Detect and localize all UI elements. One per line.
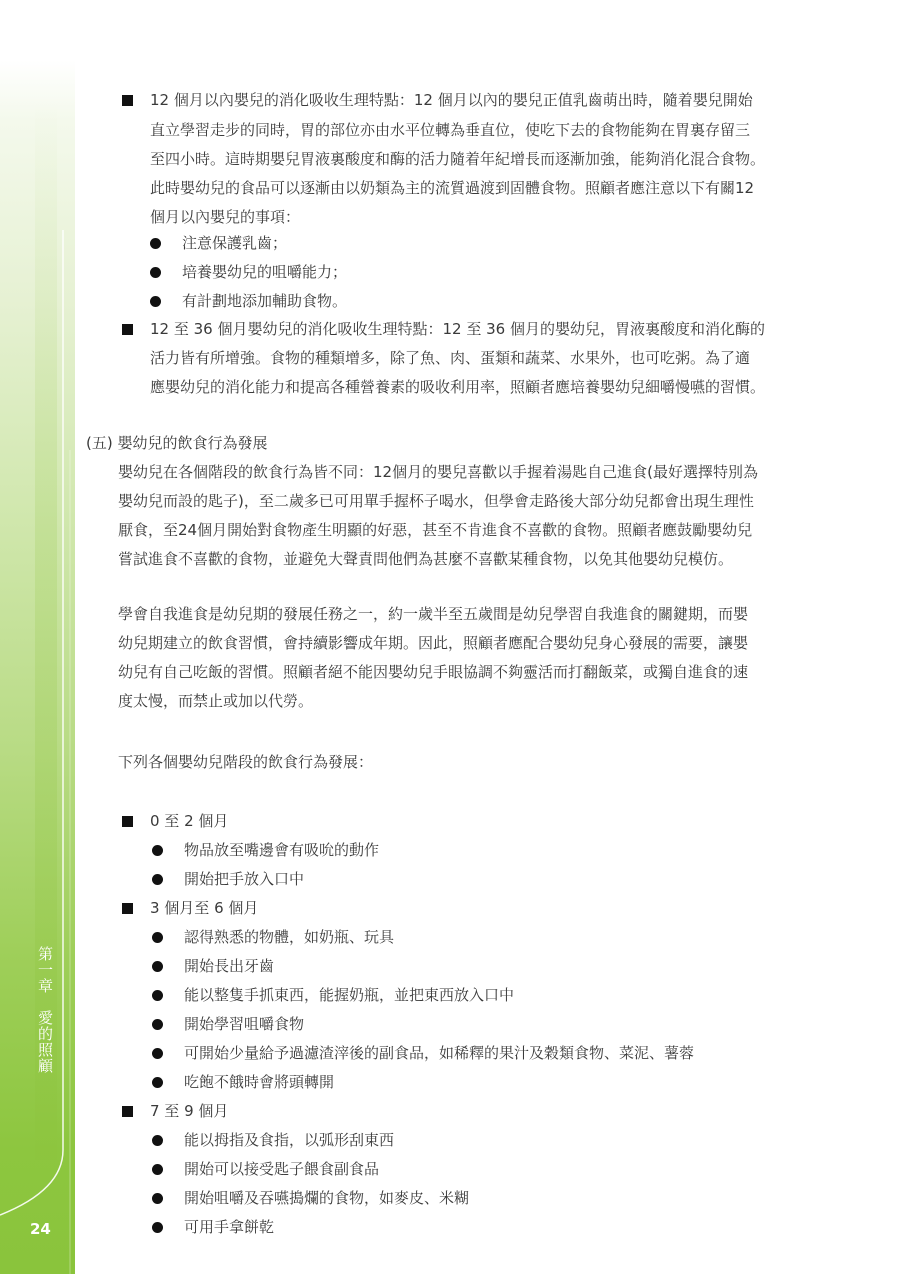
text-line: 嬰幼兒在各個階段的飲食行為皆不同：12個月的嬰兒喜歡以手握着湯匙自己進食(最好選…	[118, 462, 758, 482]
stage-title: 0 至 2 個月	[150, 811, 228, 831]
stage-title: 3 個月至 6 個月	[150, 898, 258, 918]
text-line: 12 至 36 個月嬰幼兒的消化吸收生理特點：12 至 36 個月的嬰幼兒，胃液…	[150, 319, 765, 339]
round-bullet-icon	[150, 238, 161, 249]
stage-item: 開始學習咀嚼食物	[184, 1014, 304, 1034]
text-line: 直立學習走步的同時，胃的部位亦由水平位轉為垂直位，使吃下去的食物能夠在胃裏存留三	[150, 120, 750, 140]
round-bullet-icon	[152, 1077, 163, 1088]
square-bullet-icon	[122, 95, 133, 106]
round-bullet-icon	[152, 1019, 163, 1030]
text-line: 嬰幼兒而設的匙子)，至二歲多已可用單手握杯子喝水，但學會走路後大部分幼兒都會出現…	[118, 491, 754, 511]
text-line: 厭食，至24個月開始對食物產生明顯的好惡，甚至不肯進食不喜歡的食物。照顧者應鼓勵…	[118, 520, 752, 540]
text-line: 個月以內嬰兒的事項：	[150, 207, 300, 227]
round-bullet-icon	[152, 1222, 163, 1233]
square-bullet-icon	[122, 816, 133, 827]
round-bullet-icon	[152, 874, 163, 885]
text-line: 12 個月以內嬰兒的消化吸收生理特點：12 個月以內的嬰兒正值乳齒萌出時，隨着嬰…	[150, 90, 753, 110]
stage-item: 物品放至嘴邊會有吸吮的動作	[184, 840, 379, 860]
text-line: 至四小時。這時期嬰兒胃液裏酸度和酶的活力隨着年紀增長而逐漸加強，能夠消化混合食物…	[150, 149, 765, 169]
round-bullet-icon	[152, 1193, 163, 1204]
stage-item: 開始長出牙齒	[184, 956, 274, 976]
round-bullet-icon	[152, 845, 163, 856]
round-bullet-icon	[152, 1164, 163, 1175]
stage-item: 吃飽不餓時會將頭轉開	[184, 1072, 334, 1092]
chapter-label: 第一章 愛的照顧	[34, 946, 54, 1074]
text-line: 嘗試進食不喜歡的食物，並避免大聲責問他們為甚麼不喜歡某種食物，以免其他嬰幼兒模仿…	[118, 549, 733, 569]
bullet-text: 有計劃地添加輔助食物。	[182, 291, 347, 311]
page-number: 24	[30, 1220, 51, 1238]
bullet-text: 培養嬰幼兒的咀嚼能力；	[182, 262, 347, 282]
round-bullet-icon	[152, 1135, 163, 1146]
stage-item: 可用手拿餅乾	[184, 1217, 274, 1237]
stage-item: 開始咀嚼及吞嚥搗爛的食物，如麥皮、米糊	[184, 1188, 469, 1208]
stage-item: 認得熟悉的物體，如奶瓶、玩具	[184, 927, 394, 947]
round-bullet-icon	[152, 932, 163, 943]
text-line: 學會自我進食是幼兒期的發展任務之一，約一歲半至五歲間是幼兒學習自我進食的關鍵期，…	[118, 604, 748, 624]
sidebar-curve-line	[0, 0, 75, 1274]
stage-item: 能以拇指及食指，以弧形刮東西	[184, 1130, 394, 1150]
square-bullet-icon	[122, 1106, 133, 1117]
stages-intro: 下列各個嬰幼兒階段的飲食行為發展：	[118, 752, 373, 772]
round-bullet-icon	[150, 296, 161, 307]
text-line: 度太慢，而禁止或加以代勞。	[118, 691, 313, 711]
chapter-sidebar: 第一章 愛的照顧 24	[0, 0, 75, 1274]
text-line: 此時嬰幼兒的食品可以逐漸由以奶類為主的流質過渡到固體食物。照顧者應注意以下有關1…	[150, 178, 754, 198]
text-line: 應嬰幼兒的消化能力和提高各種營養素的吸收利用率，照顧者應培養嬰幼兒細嚼慢嚥的習慣…	[150, 377, 765, 397]
text-line: 幼兒期建立的飲食習慣，會持續影響成年期。因此，照顧者應配合嬰幼兒身心發展的需要，…	[118, 633, 748, 653]
stage-title: 7 至 9 個月	[150, 1101, 228, 1121]
section-heading: (五) 嬰幼兒的飲食行為發展	[86, 433, 267, 453]
text-line: 活力皆有所增強。食物的種類增多，除了魚、肉、蛋類和蔬菜、水果外，也可吃粥。為了適	[150, 348, 750, 368]
stage-item: 可開始少量給予過濾渣滓後的副食品，如稀釋的果汁及穀類食物、菜泥、薯蓉	[184, 1043, 694, 1063]
stage-item: 能以整隻手抓東西，能握奶瓶，並把東西放入口中	[184, 985, 514, 1005]
text-line: 幼兒有自己吃飯的習慣。照顧者絕不能因嬰幼兒手眼協調不夠靈活而打翻飯菜，或獨自進食…	[118, 662, 748, 682]
round-bullet-icon	[152, 961, 163, 972]
round-bullet-icon	[150, 267, 161, 278]
round-bullet-icon	[152, 990, 163, 1001]
stage-item: 開始可以接受匙子餵食副食品	[184, 1159, 379, 1179]
square-bullet-icon	[122, 903, 133, 914]
bullet-text: 注意保護乳齒；	[182, 233, 287, 253]
round-bullet-icon	[152, 1048, 163, 1059]
square-bullet-icon	[122, 324, 133, 335]
stage-item: 開始把手放入口中	[184, 869, 304, 889]
